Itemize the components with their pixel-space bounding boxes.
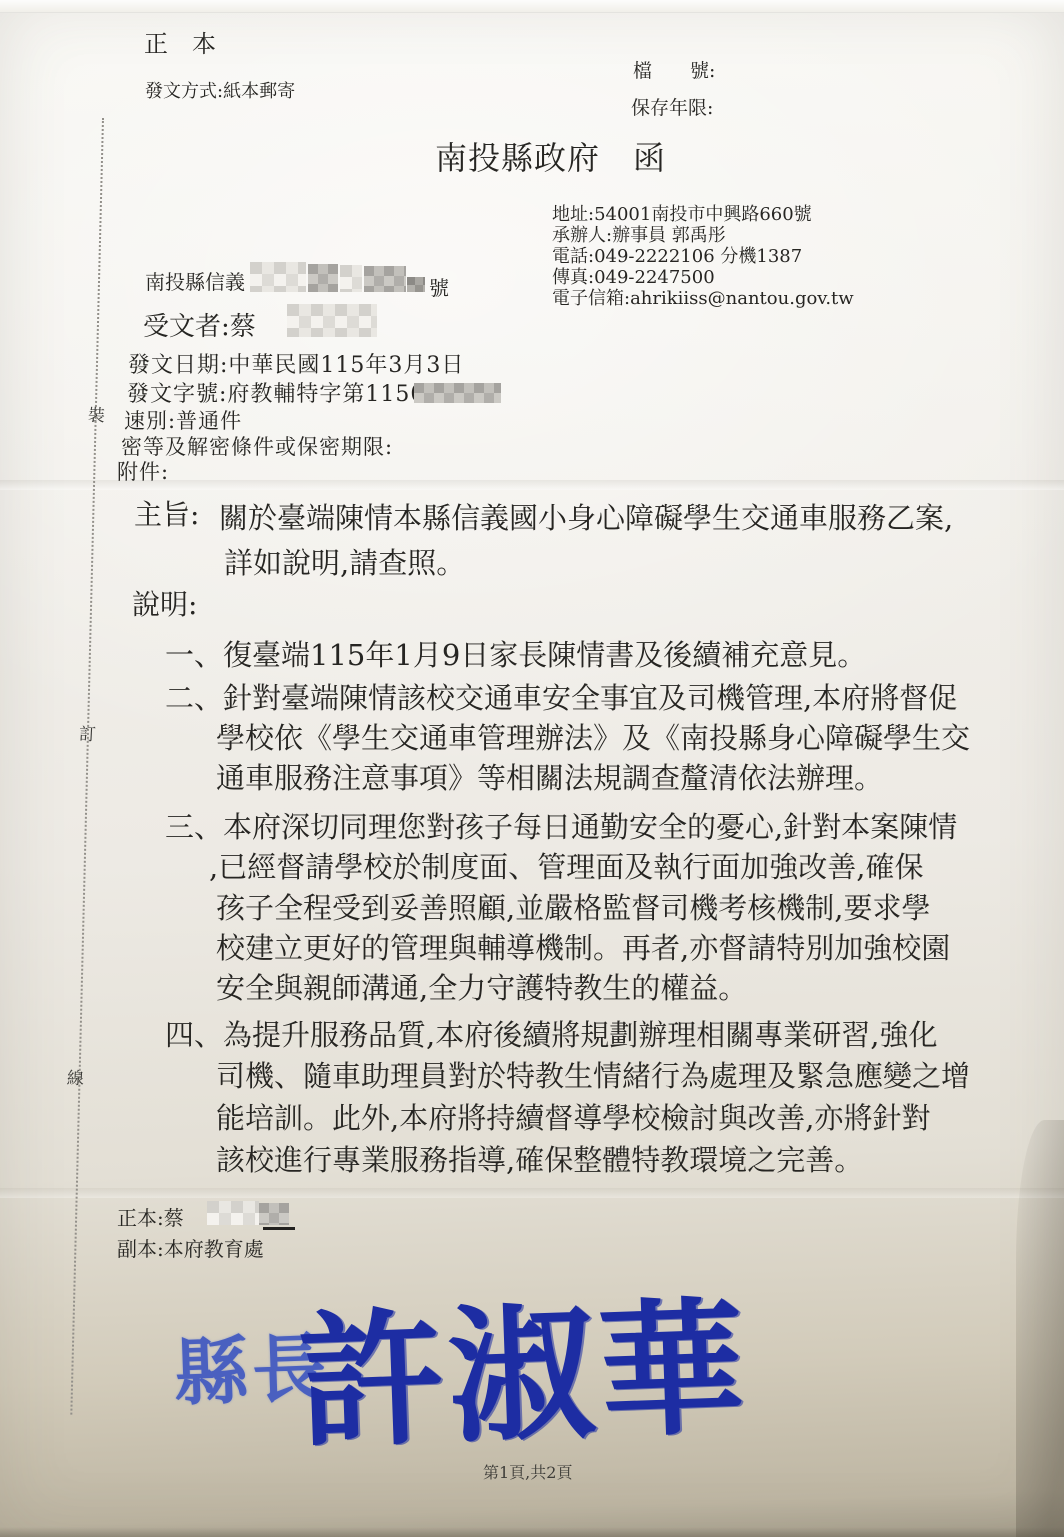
page-edge-shadow: [1016, 1120, 1064, 1537]
recipient-address-suffix: 號: [429, 272, 449, 301]
item-line: 該校進行專業服務指導,確保整體特教環境之完善。: [216, 1138, 863, 1179]
binding-mark-ding: 訂: [78, 720, 96, 746]
attachment-label: 附件:: [117, 456, 169, 486]
redaction-mosaic: [364, 266, 406, 292]
issue-date: 發文日期:中華民國115年3月3日: [128, 348, 464, 379]
item-line: ,已經督請學校於制度面、管理面及執行面加強改善,確保: [209, 845, 923, 886]
redaction-mosaic: [259, 1203, 289, 1225]
page-edge-shadow: [0, 1527, 1064, 1537]
county-mayor-name-stamp: 許淑華: [294, 1250, 751, 1476]
explanation-label: 說明:: [132, 583, 197, 623]
paper-top-edge: [0, 0, 1064, 13]
recipient-address: 南投縣信義: [145, 266, 245, 295]
item-line: 司機、隨車助理員對於特教生情緒行為處理及緊急應變之增: [216, 1054, 970, 1095]
copy-type-label: 正 本: [144, 24, 216, 59]
item-number: 一、: [165, 638, 223, 672]
binding-mark-xian: 線: [66, 1064, 84, 1090]
page-number: 第1頁,共2頁: [483, 1460, 572, 1483]
recipient-name: 受文者:蔡: [143, 306, 256, 343]
redaction-underscore: [263, 1227, 295, 1230]
item-line: 本府深切同理您對孩子每日通勤安全的憂心,針對本案陳情: [223, 810, 957, 844]
redaction-mosaic: [340, 265, 362, 292]
fold-crease: [0, 1188, 1064, 1198]
original-recipient: 正本:蔡: [117, 1202, 184, 1231]
item-line: 針對臺端陳情該校交通車安全事宜及司機管理,本府將督促: [223, 681, 957, 715]
redaction-mosaic: [287, 304, 377, 337]
redaction-mosaic: [414, 383, 501, 403]
item-line: 孩子全程受到妥善照顧,並嚴格監督司機考核機制,要求學: [216, 886, 930, 927]
file-number-label: 檔 號:: [633, 56, 715, 83]
subject-line: 關於臺端陳情本縣信義國小身心障礙學生交通車服務乙案,: [219, 496, 953, 537]
item-line: 安全與親師溝通,全力守護特教生的權益。: [216, 966, 747, 1007]
redaction-mosaic: [207, 1201, 259, 1225]
item-line: 通車服務注意事項》等相關法規調查釐清依法辦理。: [216, 756, 883, 797]
redaction-mosaic: [308, 264, 338, 292]
item-line: 為提升服務品質,本府後續將規劃辦理相關專業研習,強化: [223, 1018, 937, 1052]
item-line: 校建立更好的管理與輔導機制。再者,亦督請特別加強校園: [216, 926, 950, 967]
cc-recipient: 副本:本府教育處: [117, 1233, 264, 1262]
item-line: 能培訓。此外,本府將持續督導學校檢討與改善,亦將針對: [216, 1096, 930, 1137]
subject-label: 主旨:: [134, 493, 199, 533]
redaction-mosaic: [407, 277, 425, 292]
agency-email: 電子信箱:ahrikiiss@nantou.gov.tw: [552, 284, 854, 310]
item-line: 復臺端115年1月9日家長陳情書及後續補充意見。: [223, 638, 866, 672]
item-number: 四、: [165, 1018, 223, 1052]
subject-line: 詳如說明,請查照。: [224, 541, 465, 582]
issue-number: 發文字號:府教輔特字第1150: [127, 377, 425, 408]
document-title: 南投縣政府 函: [435, 133, 666, 179]
binding-mark-zhuang: 裝: [87, 401, 105, 427]
item-number: 二、: [165, 681, 223, 715]
item-line: 學校依《學生交通車管理辦法》及《南投縣身心障礙學生交: [216, 716, 970, 757]
delivery-method: 發文方式:紙本郵寄: [145, 77, 295, 103]
item-number: 三、: [165, 810, 223, 844]
redaction-mosaic: [250, 262, 306, 292]
retention-period-label: 保存年限:: [631, 93, 713, 120]
